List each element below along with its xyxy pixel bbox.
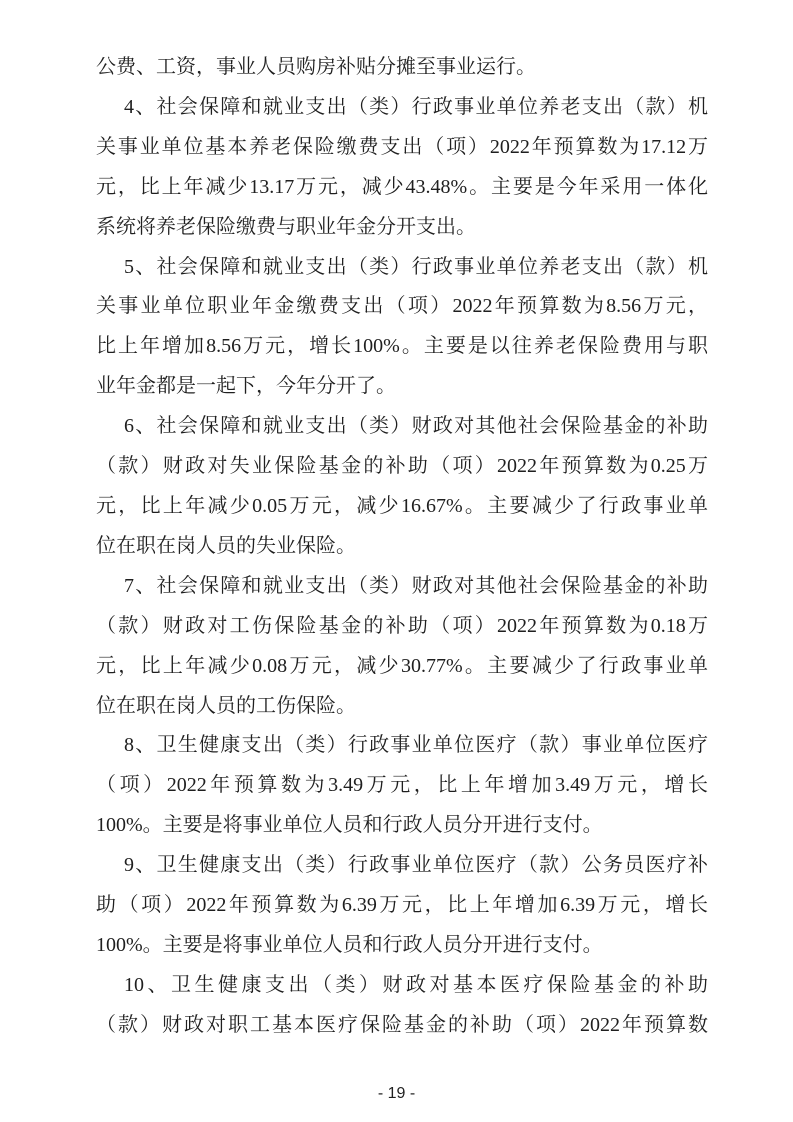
text-line: 9、卫生健康支出（类）行政事业单位医疗（款）公务员医疗补 [96,846,708,886]
text-line: 5、社会保障和就业支出（类）行政事业单位养老支出（款）机 [96,248,708,288]
text-line: （款）财政对职工基本医疗保险基金的补助（项）2022年预算数 [96,1006,708,1046]
text-line: 业年金都是一起下，今年分开了。 [96,367,708,407]
text-line: （款）财政对工伤保险基金的补助（项）2022年预算数为0.18万 [96,607,708,647]
paragraph: 9、卫生健康支出（类）行政事业单位医疗（款）公务员医疗补助（项）2022年预算数… [96,846,708,966]
paragraph: 4、社会保障和就业支出（类）行政事业单位养老支出（款）机关事业单位基本养老保险缴… [96,88,708,248]
text-line: 10、卫生健康支出（类）财政对基本医疗保险基金的补助 [96,966,708,1006]
text-line: 比上年增加8.56万元，增长100%。主要是以往养老保险费用与职 [96,327,708,367]
text-line: 元，比上年减少13.17万元，减少43.48%。主要是今年采用一体化 [96,168,708,208]
text-line: 位在职在岗人员的失业保险。 [96,527,708,567]
paragraph: 10、卫生健康支出（类）财政对基本医疗保险基金的补助（款）财政对职工基本医疗保险… [96,966,708,1046]
text-line: 公费、工资，事业人员购房补贴分摊至事业运行。 [96,48,708,88]
text-line: 元，比上年减少0.05万元，减少16.67%。主要减少了行政事业单 [96,487,708,527]
text-line: 位在职在岗人员的工伤保险。 [96,687,708,727]
text-line: 助（项）2022年预算数为6.39万元，比上年增加6.39万元，增长 [96,886,708,926]
text-line: （款）财政对失业保险基金的补助（项）2022年预算数为0.25万 [96,447,708,487]
paragraph: 7、社会保障和就业支出（类）财政对其他社会保险基金的补助（款）财政对工伤保险基金… [96,567,708,727]
text-line: 8、卫生健康支出（类）行政事业单位医疗（款）事业单位医疗 [96,726,708,766]
text-line: 4、社会保障和就业支出（类）行政事业单位养老支出（款）机 [96,88,708,128]
text-line: 系统将养老保险缴费与职业年金分开支出。 [96,208,708,248]
paragraph: 公费、工资，事业人员购房补贴分摊至事业运行。 [96,48,708,88]
text-line: 100%。主要是将事业单位人员和行政人员分开进行支付。 [96,926,708,966]
text-line: 6、社会保障和就业支出（类）财政对其他社会保险基金的补助 [96,407,708,447]
text-line: （项）2022年预算数为3.49万元，比上年增加3.49万元，增长 [96,766,708,806]
text-line: 关事业单位基本养老保险缴费支出（项）2022年预算数为17.12万 [96,128,708,168]
text-line: 元，比上年减少0.08万元，减少30.77%。主要减少了行政事业单 [96,647,708,687]
page-footer: - 19 - [0,1083,793,1105]
text-line: 关事业单位职业年金缴费支出（项）2022年预算数为8.56万元， [96,287,708,327]
text-line: 7、社会保障和就业支出（类）财政对其他社会保险基金的补助 [96,567,708,607]
paragraph: 8、卫生健康支出（类）行政事业单位医疗（款）事业单位医疗（项）2022年预算数为… [96,726,708,846]
paragraph: 6、社会保障和就业支出（类）财政对其他社会保险基金的补助（款）财政对失业保险基金… [96,407,708,567]
document-body: 公费、工资，事业人员购房补贴分摊至事业运行。4、社会保障和就业支出（类）行政事业… [96,48,708,1046]
document-page: 公费、工资，事业人员购房补贴分摊至事业运行。4、社会保障和就业支出（类）行政事业… [0,0,793,1122]
page-number: - 19 - [378,1085,415,1102]
paragraph: 5、社会保障和就业支出（类）行政事业单位养老支出（款）机关事业单位职业年金缴费支… [96,248,708,408]
text-line: 100%。主要是将事业单位人员和行政人员分开进行支付。 [96,806,708,846]
